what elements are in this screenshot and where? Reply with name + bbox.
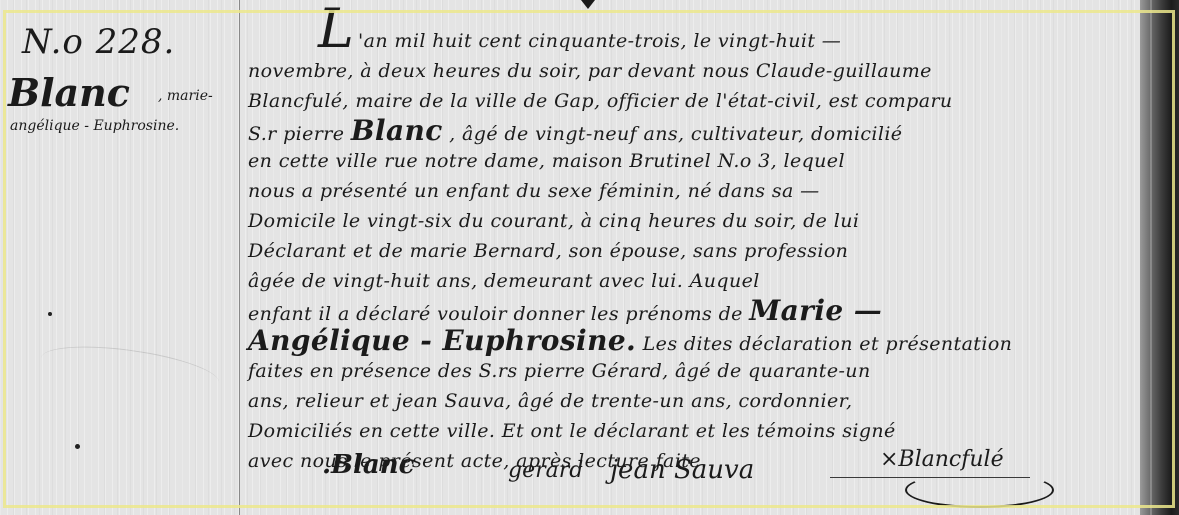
register-page: N.o 228. Blanc , marie- angélique - Euph… (0, 0, 1179, 515)
margin-rule (239, 0, 240, 515)
ink-speck (48, 312, 52, 316)
signature-sauva: jean Sauva (610, 455, 754, 485)
body-line-11: Angélique - Euphrosine. Les dites déclar… (248, 326, 1012, 356)
page-marker-arrow-icon (581, 0, 595, 9)
drop-cap: L (318, 2, 354, 56)
body-line-6: nous a présenté un enfant du sexe fémini… (248, 176, 820, 206)
body-line-2: novembre, à deux heures du soir, par dev… (248, 56, 932, 86)
child-first-name: Marie — (749, 294, 882, 327)
declarant-surname: Blanc (351, 114, 443, 147)
body-line-5: en cette ville rue notre dame, maison Br… (248, 146, 845, 176)
ink-speck (75, 444, 80, 449)
signature-paraph-oval (905, 472, 1054, 508)
margin-surname: Blanc (8, 70, 130, 115)
entry-number: N.o 228. (22, 22, 175, 62)
body-line-13: ans, relieur et jean Sauva, âgé de trent… (248, 386, 852, 416)
body-line-7: Domicile le vingt-six du courant, à cinq… (248, 206, 859, 236)
signature-mayor: ×Blancfulé (880, 447, 1004, 472)
body-line-4: S.r pierre Blanc , âgé de vingt-neuf ans… (248, 116, 902, 146)
body-line-10: enfant il a déclaré vouloir donner les p… (248, 296, 882, 326)
body-line-11-rest: Les dites déclaration et présentation (643, 333, 1013, 355)
body-line-10-start: enfant il a déclaré vouloir donner les p… (248, 303, 743, 325)
body-line-14: Domiciliés en cette ville. Et ont le déc… (248, 416, 896, 446)
child-middle-names: Angélique - Euphrosine. (248, 324, 636, 357)
body-line-4-rest: , âgé de vingt-neuf ans, cultivateur, do… (449, 123, 902, 145)
margin-given-names: angélique - Euphrosine. (10, 118, 179, 134)
margin-surname-suffix: , marie- (158, 88, 213, 104)
body-line-8: Déclarant et de marie Bernard, son épous… (248, 236, 848, 266)
signature-gerard: gerard (508, 458, 583, 483)
body-line-12: faites en présence des S.rs pierre Gérar… (248, 356, 871, 386)
body-line-4-start: S.r pierre (248, 123, 344, 145)
body-line-3: Blancfulé, maire de la ville de Gap, off… (248, 86, 953, 116)
body-line-9: âgée de vingt-huit ans, demeurant avec l… (248, 266, 760, 296)
body-line-1: 'an mil huit cent cinquante-trois, le vi… (358, 26, 841, 56)
signature-blanc: .Blanc (322, 450, 415, 480)
paper-stain (38, 338, 222, 404)
book-binding (1140, 0, 1179, 515)
